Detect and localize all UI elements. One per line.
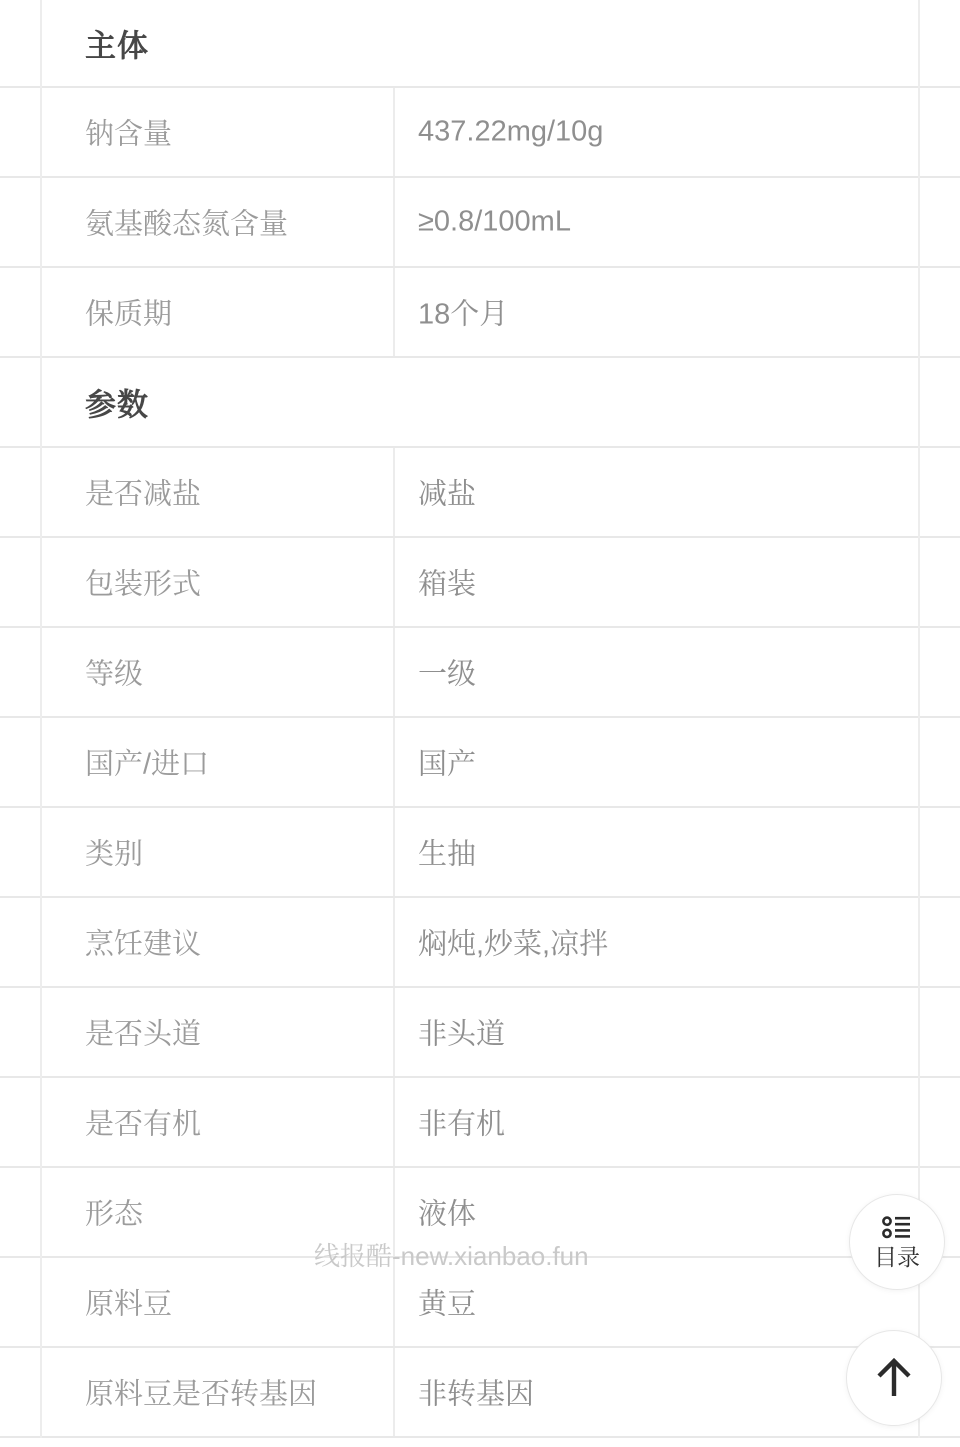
section-title: 主体 [85,21,149,66]
column-divider [393,1348,395,1436]
spec-label: 国产/进口 [85,742,209,783]
column-divider [393,448,395,536]
spec-value: 减盐 [418,472,476,513]
spec-value: 黄豆 [418,1282,476,1323]
catalog-button[interactable]: 目录 [849,1194,945,1290]
bulleted-list-icon [881,1215,913,1243]
spec-label: 原料豆是否转基因 [85,1372,317,1413]
spec-row: 国产/进口 国产 [0,718,960,808]
spec-label: 保质期 [85,292,172,333]
spec-label: 是否减盐 [85,472,201,513]
arrow-up-icon [869,1350,919,1407]
spec-label: 是否头道 [85,1012,201,1053]
spec-value: 国产 [418,742,476,783]
spec-value: 437.22mg/10g [418,116,603,149]
spec-row: 原料豆是否转基因 非转基因 [0,1348,960,1438]
spec-value: 非有机 [418,1102,505,1143]
spec-value: 非转基因 [418,1372,534,1413]
spec-label: 氨基酸态氮含量 [85,202,288,243]
spec-row: 是否减盐 减盐 [0,448,960,538]
column-divider [393,538,395,626]
spec-label: 是否有机 [85,1102,201,1143]
column-divider [393,88,395,176]
spec-label: 烹饪建议 [85,922,201,963]
section-title: 参数 [85,380,149,425]
spec-value: ≥0.8/100mL [418,206,571,239]
section-header-row: 参数 [0,358,960,448]
column-divider [393,628,395,716]
column-divider [393,808,395,896]
spec-row: 类别 生抽 [0,808,960,898]
spec-label: 等级 [85,652,143,693]
spec-value: 液体 [418,1192,476,1233]
spec-label: 原料豆 [85,1282,172,1323]
spec-value: 一级 [418,652,476,693]
watermark: 线报酷-new.xianbao.fun [314,1236,589,1273]
product-spec-page: 主体 钠含量 437.22mg/10g 氨基酸态氮含量 ≥0.8/100mL 保… [0,0,960,1447]
spec-table: 主体 钠含量 437.22mg/10g 氨基酸态氮含量 ≥0.8/100mL 保… [0,0,960,1438]
spec-label: 类别 [85,832,143,873]
column-divider [393,178,395,266]
column-divider [393,718,395,806]
spec-label: 形态 [85,1192,143,1233]
spec-row: 烹饪建议 焖炖,炒菜,凉拌 [0,898,960,988]
spec-value: 非头道 [418,1012,505,1053]
spec-row: 钠含量 437.22mg/10g [0,88,960,178]
spec-row: 保质期 18个月 [0,268,960,358]
spec-row: 氨基酸态氮含量 ≥0.8/100mL [0,178,960,268]
spec-row: 是否有机 非有机 [0,1078,960,1168]
section-header-row: 主体 [0,0,960,88]
column-divider [393,988,395,1076]
spec-row: 等级 一级 [0,628,960,718]
spec-value: 箱装 [418,562,476,603]
back-to-top-button[interactable] [846,1330,942,1426]
column-divider [393,268,395,356]
column-divider [393,1078,395,1166]
catalog-button-label: 目录 [874,1246,920,1269]
spec-label: 钠含量 [85,112,172,153]
spec-label: 包装形式 [85,562,201,603]
spec-row: 包装形式 箱装 [0,538,960,628]
spec-value: 18个月 [418,292,508,333]
spec-value: 生抽 [418,832,476,873]
column-divider [393,898,395,986]
spec-value: 焖炖,炒菜,凉拌 [418,922,608,963]
spec-row: 是否头道 非头道 [0,988,960,1078]
